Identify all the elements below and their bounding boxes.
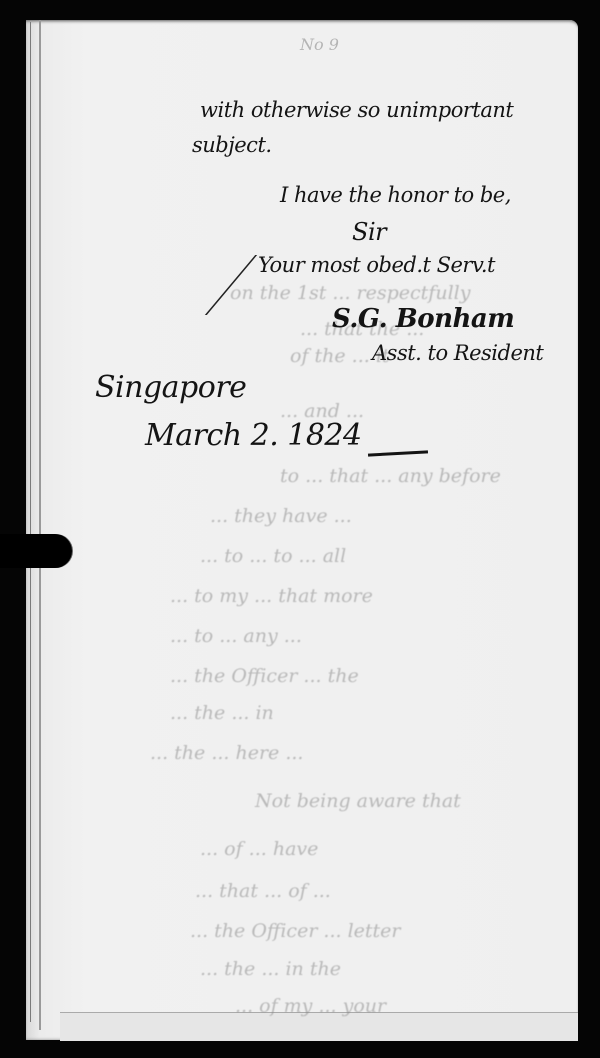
bleed-line: ... the ... in the — [200, 958, 341, 980]
bleed-line: ... to ... any ... — [170, 625, 302, 647]
page-edge-line — [30, 22, 31, 1022]
letter-line: with otherwise so unimportant — [200, 98, 513, 122]
bleed-line: ... of my ... your — [235, 995, 386, 1017]
bleed-line: to ... that ... any before — [280, 465, 501, 487]
letter-line: subject. — [192, 133, 272, 157]
bleed-line: Not being aware that — [255, 790, 461, 812]
signature-title: Asst. to Resident — [372, 341, 543, 365]
date-line: March 2. 1824 — [145, 418, 362, 453]
bleed-line: ... the ... here ... — [150, 742, 303, 764]
bleed-line: ... to my ... that more — [170, 585, 373, 607]
bleed-line: ... of ... have — [200, 838, 318, 860]
folio-mark: No 9 — [300, 35, 339, 54]
binder-clip — [0, 534, 72, 568]
salutation-sir: Sir — [352, 218, 386, 246]
bleed-line: ... that ... of ... — [195, 880, 331, 902]
bleed-line: ... to ... to ... all — [200, 545, 346, 567]
binding-line — [39, 20, 41, 1030]
bleed-line: ... the Officer ... the — [170, 665, 359, 687]
signature-name: S.G. Bonham — [332, 304, 514, 334]
bleed-line: ... the ... in — [170, 702, 274, 724]
bleed-line: ... they have ... — [210, 505, 352, 527]
place-line: Singapore — [95, 370, 246, 405]
bleed-line: ... the Officer ... letter — [190, 920, 401, 942]
closing-line: I have the honor to be, — [280, 183, 511, 207]
